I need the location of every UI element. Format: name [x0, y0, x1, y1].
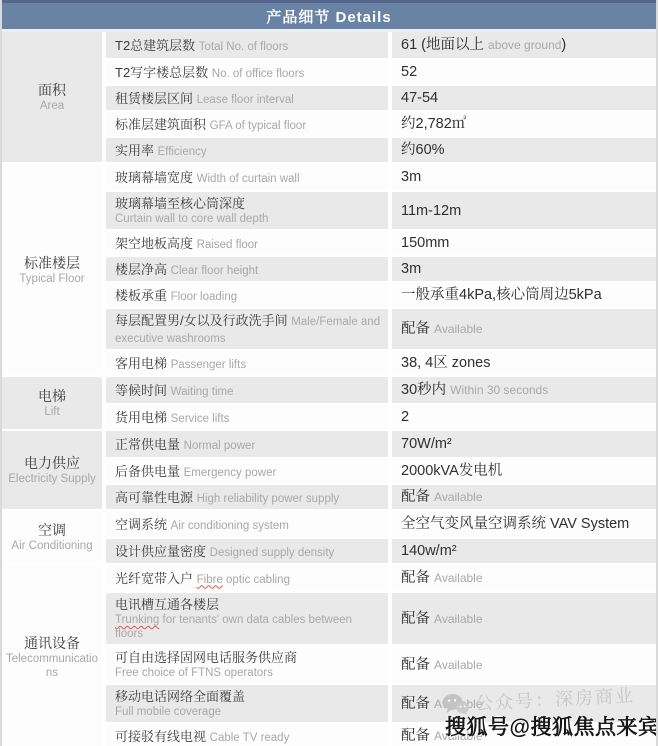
row-label-text: 玻璃幕墙宽度 Width of curtain wall — [115, 169, 382, 186]
row-label: 电讯槽互通各楼层Trunking for tenants' own data c… — [106, 593, 388, 644]
value-subtext: Available — [434, 320, 482, 338]
table-row: T2写字楼总层数 No. of office floors52 — [106, 58, 656, 84]
row-label-zh: 等候时间 — [115, 383, 167, 398]
table-row: 玻璃幕墙至核心筒深度Curtain wall to core wall dept… — [106, 190, 656, 229]
value-subtext: Available — [434, 488, 482, 506]
value-text: ) — [561, 36, 566, 54]
row-value: 150mm — [388, 231, 656, 255]
row-label: 正常供电量 Normal power — [106, 431, 388, 457]
row-label-zh: 架空地板高度 — [115, 236, 193, 251]
value-text: 配备 — [401, 488, 434, 506]
value-subtext: Available — [434, 610, 482, 628]
row-label: 玻璃幕墙至核心筒深度Curtain wall to core wall dept… — [106, 192, 388, 229]
row-value: 3m — [388, 257, 656, 281]
value-text: 30秒内 — [401, 381, 450, 399]
row-label-zh: 空调系统 — [115, 517, 167, 532]
section-rows: 等候时间 Waiting time30秒内 Within 30 seconds货… — [106, 377, 656, 429]
row-label: T2总建筑层数 Total No. of floors — [106, 32, 388, 58]
row-value: 11m-12m — [388, 192, 656, 229]
category-label-zh: 通讯设备 — [24, 634, 80, 652]
row-label: 光纤宽带入户 Fibre optic cabling — [106, 565, 388, 591]
section-typical-floor: 标准楼层Typical Floor玻璃幕墙宽度 Width of curtain… — [2, 162, 656, 375]
value-text: 11m-12m — [401, 202, 461, 220]
value-subtext: Available — [434, 695, 482, 713]
row-value: 30秒内 Within 30 seconds — [388, 377, 656, 403]
row-value: 47-54 — [388, 86, 656, 110]
row-label-zh: 楼层净高 — [115, 262, 167, 277]
row-label-en: GFA of typical floor — [210, 120, 307, 132]
row-label-en: Floor loading — [171, 291, 237, 303]
row-label-zh: T2总建筑层数 — [115, 38, 195, 53]
row-value: 配备 Available — [388, 724, 656, 746]
row-value: 61 (地面以上 above ground) — [388, 32, 656, 58]
value-text: 61 (地面以上 — [401, 36, 488, 54]
value-text: 配备 — [401, 727, 434, 745]
table-header: 产品细节 Details — [2, 0, 656, 29]
row-label-en: Passenger lifts — [171, 359, 246, 371]
value-text: 3m — [401, 260, 421, 278]
category-label-en: Electricity Supply — [8, 472, 96, 486]
section-electricity-supply: 电力供应Electricity Supply正常供电量 Normal power… — [2, 429, 656, 509]
row-label-en: Width of curtain wall — [197, 173, 300, 185]
row-label-text: 电讯槽互通各楼层Trunking for tenants' own data c… — [115, 596, 382, 641]
category-label-en: Telecommunications — [5, 652, 99, 680]
value-text: 一般承重4kPa,核心筒周边5kPa — [401, 286, 602, 304]
row-label: 等候时间 Waiting time — [106, 377, 388, 403]
table-row: 电讯槽互通各楼层Trunking for tenants' own data c… — [106, 591, 656, 644]
section-rows: 光纤宽带入户 Fibre optic cabling配备 Available电讯… — [106, 565, 656, 746]
row-label-en: Cable TV ready — [210, 732, 290, 744]
row-value: 2 — [388, 405, 656, 429]
row-label: 楼板承重 Floor loading — [106, 283, 388, 307]
table-row: 可接驳有线电视 Cable TV ready配备 Available — [106, 722, 656, 746]
row-label: 标准层建筑面积 GFA of typical floor — [106, 112, 388, 136]
row-label-zh: 设计供应量密度 — [115, 544, 206, 559]
value-subtext: Within 30 seconds — [450, 381, 548, 399]
value-text: 约2,782㎡ — [401, 115, 466, 133]
misspelled-word: Trunking — [115, 614, 159, 626]
row-label: T2写字楼总层数 No. of office floors — [106, 60, 388, 84]
row-label: 后备供电量 Emergency power — [106, 459, 388, 483]
table-row: 可自由选择固网电话服务供应商Free choice of FTNS operat… — [106, 644, 656, 683]
row-label-zh: 楼板承重 — [115, 288, 167, 303]
row-label-en: Free choice of FTNS operators — [115, 666, 382, 680]
value-subtext: above ground — [488, 36, 561, 54]
row-label-en: Efficiency — [158, 146, 207, 158]
section-lift: 电梯Lift等候时间 Waiting time30秒内 Within 30 se… — [2, 375, 656, 429]
row-label-en: Trunking for tenants' own data cables be… — [115, 613, 382, 641]
row-label-zh: 移动电话网络全面覆盖 — [115, 689, 245, 704]
table-row: 玻璃幕墙宽度 Width of curtain wall3m — [106, 164, 656, 190]
row-label-zh: T2写字楼总层数 — [115, 65, 208, 80]
row-label-en: Service lifts — [171, 413, 230, 425]
row-label-text: 架空地板高度 Raised floor — [115, 235, 382, 252]
section-telecommunications: 通讯设备Telecommunications光纤宽带入户 Fibre optic… — [2, 563, 656, 746]
value-subtext: Available — [434, 727, 482, 745]
row-label-text: 客用电梯 Passenger lifts — [115, 355, 382, 372]
value-text: 配备 — [401, 569, 434, 587]
row-label-text: T2总建筑层数 Total No. of floors — [115, 37, 382, 54]
table-row: 移动电话网络全面覆盖Full mobile coverage配备 Availab… — [106, 683, 656, 722]
value-text: 全空气变风量空调系统 VAV System — [401, 515, 629, 533]
section-air-conditioning: 空调Air Conditioning空调系统 Air conditioning … — [2, 509, 656, 563]
row-label-en: Fibre optic cabling — [197, 574, 290, 586]
category-label-zh: 空调 — [38, 521, 66, 539]
row-value: 配备 Available — [388, 685, 656, 722]
row-label-en: Air conditioning system — [171, 520, 289, 532]
value-text: 2000kVA发电机 — [401, 462, 502, 480]
row-label-zh: 租赁楼层区间 — [115, 91, 193, 106]
value-text: 38, 4区 zones — [401, 354, 490, 372]
table-row: 高可靠性电源 High reliability power supply配备 A… — [106, 483, 656, 509]
table-row: 光纤宽带入户 Fibre optic cabling配备 Available — [106, 565, 656, 591]
table-row: 空调系统 Air conditioning system全空气变风量空调系统 V… — [106, 511, 656, 537]
row-label: 实用率 Efficiency — [106, 138, 388, 162]
row-label-text: 可自由选择固网电话服务供应商Free choice of FTNS operat… — [115, 649, 382, 680]
row-label: 空调系统 Air conditioning system — [106, 511, 388, 537]
table-row: 正常供电量 Normal power70W/m² — [106, 431, 656, 457]
row-label-text: 货用电梯 Service lifts — [115, 409, 382, 426]
table-title: 产品细节 Details — [266, 6, 391, 27]
row-label: 架空地板高度 Raised floor — [106, 231, 388, 255]
row-label: 玻璃幕墙宽度 Width of curtain wall — [106, 164, 388, 190]
value-text: 3m — [401, 168, 421, 186]
category-label-en: Lift — [44, 405, 59, 419]
value-text: 配备 — [401, 320, 434, 338]
row-value: 配备 Available — [388, 565, 656, 591]
row-label-zh: 可接驳有线电视 — [115, 729, 206, 744]
value-text: 配备 — [401, 695, 434, 713]
category-label-en: Typical Floor — [19, 272, 84, 286]
row-label-zh: 高可靠性电源 — [115, 490, 193, 505]
category-cell: 电梯Lift — [2, 377, 106, 429]
table-row: 楼板承重 Floor loading一般承重4kPa,核心筒周边5kPa — [106, 281, 656, 307]
row-label: 租赁楼层区间 Lease floor interval — [106, 86, 388, 110]
category-cell: 电力供应Electricity Supply — [2, 431, 106, 509]
row-label-zh: 正常供电量 — [115, 437, 180, 452]
row-label-text: 楼板承重 Floor loading — [115, 287, 382, 304]
row-label: 货用电梯 Service lifts — [106, 405, 388, 429]
row-label-text: T2写字楼总层数 No. of office floors — [115, 64, 382, 81]
row-label-zh: 货用电梯 — [115, 410, 167, 425]
row-value: 140w/m² — [388, 539, 656, 563]
row-label-text: 后备供电量 Emergency power — [115, 463, 382, 480]
section-rows: 空调系统 Air conditioning system全空气变风量空调系统 V… — [106, 511, 656, 563]
row-value: 配备 Available — [388, 309, 656, 349]
category-label-zh: 电力供应 — [24, 454, 80, 472]
row-label-en: No. of office floors — [212, 68, 304, 80]
row-label: 可自由选择固网电话服务供应商Free choice of FTNS operat… — [106, 646, 388, 683]
value-subtext: Available — [434, 656, 482, 674]
row-label: 设计供应量密度 Designed supply density — [106, 539, 388, 563]
row-label-en: Normal power — [184, 440, 256, 452]
table-row: T2总建筑层数 Total No. of floors61 (地面以上 abov… — [106, 32, 656, 58]
row-label: 每层配置男/女以及行政洗手间 Male/Female and executive… — [106, 309, 388, 349]
row-label-text: 设计供应量密度 Designed supply density — [115, 543, 382, 560]
value-text: 2 — [401, 408, 409, 426]
table-row: 架空地板高度 Raised floor150mm — [106, 229, 656, 255]
row-value: 2000kVA发电机 — [388, 459, 656, 483]
table-row: 标准层建筑面积 GFA of typical floor约2,782㎡ — [106, 110, 656, 136]
category-label-zh: 面积 — [38, 81, 66, 99]
row-label-zh: 每层配置男/女以及行政洗手间 — [115, 313, 288, 328]
row-value: 约60% — [388, 138, 656, 162]
row-value: 一般承重4kPa,核心筒周边5kPa — [388, 283, 656, 307]
category-label-en: Air Conditioning — [11, 539, 92, 553]
row-label-zh: 玻璃幕墙宽度 — [115, 170, 193, 185]
section-rows: T2总建筑层数 Total No. of floors61 (地面以上 abov… — [106, 32, 656, 162]
details-spec-table: 产品细节 Details 面积AreaT2总建筑层数 Total No. of … — [0, 0, 658, 746]
row-label-zh: 客用电梯 — [115, 356, 167, 371]
row-label-zh: 光纤宽带入户 — [115, 571, 193, 586]
row-value: 配备 Available — [388, 485, 656, 509]
row-label-text: 每层配置男/女以及行政洗手间 Male/Female and executive… — [115, 312, 382, 346]
row-value: 配备 Available — [388, 593, 656, 644]
row-label-zh: 玻璃幕墙至核心筒深度 — [115, 196, 245, 211]
row-label-zh: 实用率 — [115, 143, 154, 158]
row-label-text: 标准层建筑面积 GFA of typical floor — [115, 116, 382, 133]
value-text: 约60% — [401, 141, 445, 159]
table-row: 设计供应量密度 Designed supply density140w/m² — [106, 537, 656, 563]
table-row: 后备供电量 Emergency power2000kVA发电机 — [106, 457, 656, 483]
category-label-zh: 电梯 — [38, 387, 66, 405]
row-label-text: 光纤宽带入户 Fibre optic cabling — [115, 570, 382, 587]
row-label: 高可靠性电源 High reliability power supply — [106, 485, 388, 509]
value-text: 52 — [401, 63, 417, 81]
row-label-en: Full mobile coverage — [115, 705, 382, 719]
table-row: 实用率 Efficiency约60% — [106, 136, 656, 162]
category-cell: 标准楼层Typical Floor — [2, 164, 106, 375]
row-label-zh: 后备供电量 — [115, 464, 180, 479]
row-label: 可接驳有线电视 Cable TV ready — [106, 724, 388, 746]
row-label: 楼层净高 Clear floor height — [106, 257, 388, 281]
category-cell: 空调Air Conditioning — [2, 511, 106, 563]
row-label-en: Lease floor interval — [197, 94, 294, 106]
row-value: 52 — [388, 60, 656, 84]
table-row: 客用电梯 Passenger lifts38, 4区 zones — [106, 349, 656, 375]
category-cell: 面积Area — [2, 32, 106, 162]
table-row: 租赁楼层区间 Lease floor interval47-54 — [106, 84, 656, 110]
table-row: 楼层净高 Clear floor height3m — [106, 255, 656, 281]
value-text: 配备 — [401, 610, 434, 628]
misspelled-word: Fibre — [197, 574, 223, 586]
row-value: 3m — [388, 164, 656, 190]
table-row: 货用电梯 Service lifts2 — [106, 403, 656, 429]
table-body: 面积AreaT2总建筑层数 Total No. of floors61 (地面以… — [2, 29, 656, 746]
category-label-zh: 标准楼层 — [24, 254, 80, 272]
section-rows: 正常供电量 Normal power70W/m²后备供电量 Emergency … — [106, 431, 656, 509]
row-value: 约2,782㎡ — [388, 112, 656, 136]
value-subtext: Available — [434, 569, 482, 587]
value-text: 150mm — [401, 234, 449, 252]
category-label-en: Area — [40, 99, 64, 113]
row-label-text: 楼层净高 Clear floor height — [115, 261, 382, 278]
section-area: 面积AreaT2总建筑层数 Total No. of floors61 (地面以… — [2, 32, 656, 162]
section-rows: 玻璃幕墙宽度 Width of curtain wall3m玻璃幕墙至核心筒深度… — [106, 164, 656, 375]
row-value: 38, 4区 zones — [388, 351, 656, 375]
row-label-text: 等候时间 Waiting time — [115, 382, 382, 399]
value-text: 配备 — [401, 656, 434, 674]
row-label: 移动电话网络全面覆盖Full mobile coverage — [106, 685, 388, 722]
row-label-text: 空调系统 Air conditioning system — [115, 516, 382, 533]
table-row: 每层配置男/女以及行政洗手间 Male/Female and executive… — [106, 307, 656, 349]
row-label-en: Designed supply density — [210, 547, 335, 559]
row-label-en: High reliability power supply — [197, 493, 340, 505]
value-text: 47-54 — [401, 89, 438, 107]
row-label-text: 移动电话网络全面覆盖Full mobile coverage — [115, 688, 382, 719]
row-value: 配备 Available — [388, 646, 656, 683]
row-label-en: Curtain wall to core wall depth — [115, 212, 382, 226]
row-label-text: 高可靠性电源 High reliability power supply — [115, 489, 382, 506]
row-label: 客用电梯 Passenger lifts — [106, 351, 388, 375]
row-label-text: 正常供电量 Normal power — [115, 436, 382, 453]
row-label-en: Waiting time — [171, 386, 234, 398]
row-label-zh: 可自由选择固网电话服务供应商 — [115, 650, 297, 665]
row-value: 70W/m² — [388, 431, 656, 457]
row-label-en: Emergency power — [184, 467, 277, 479]
row-value: 全空气变风量空调系统 VAV System — [388, 511, 656, 537]
row-label-en: Total No. of floors — [199, 41, 288, 53]
category-cell: 通讯设备Telecommunications — [2, 565, 106, 746]
table-row: 等候时间 Waiting time30秒内 Within 30 seconds — [106, 377, 656, 403]
row-label-en: Raised floor — [197, 239, 258, 251]
row-label-zh: 标准层建筑面积 — [115, 117, 206, 132]
row-label-text: 可接驳有线电视 Cable TV ready — [115, 728, 382, 745]
value-text: 70W/m² — [401, 435, 452, 453]
row-label-text: 实用率 Efficiency — [115, 142, 382, 159]
value-text: 140w/m² — [401, 542, 457, 560]
row-label-zh: 电讯槽互通各楼层 — [115, 597, 219, 612]
row-label-text: 玻璃幕墙至核心筒深度Curtain wall to core wall dept… — [115, 195, 382, 226]
row-label-en: Clear floor height — [171, 265, 259, 277]
row-label-text: 租赁楼层区间 Lease floor interval — [115, 90, 382, 107]
